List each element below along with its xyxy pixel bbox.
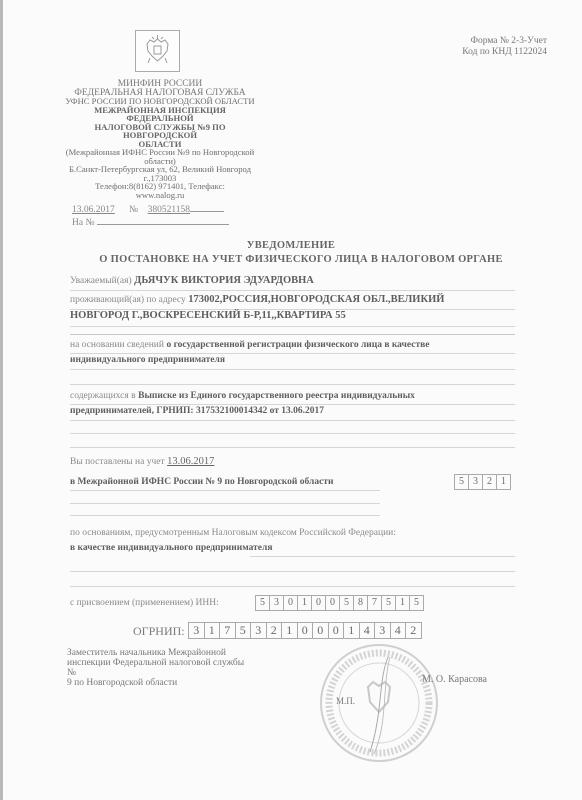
basis-value-1: о государственной регистрации физическог… (166, 340, 429, 350)
document-subtitle: О ПОСТАНОВКЕ НА УЧЕТ ФИЗИЧЕСКОГО ЛИЦА В … (0, 254, 582, 265)
tax-authority-line: в Межрайонной ИФНС России № 9 по Новгоро… (70, 476, 333, 487)
inn-label: с присвоением (применением) ИНН: (70, 598, 219, 608)
inn-digit-box: 0 (326, 596, 340, 610)
registration-date-line: Вы поставлены на учет 13.06.2017 (70, 456, 214, 467)
knd-code: Код по КНД 1122024 (462, 47, 547, 58)
basis-line-1: на основании сведений о государственной … (70, 339, 429, 350)
reply-to-blank (97, 224, 229, 225)
ogrnip-digit-box: 1 (282, 623, 298, 638)
address-value-1: 173002,РОССИЯ,НОВГОРОДСКАЯ ОБЛ.,ВЕЛИКИЙ (188, 294, 444, 305)
source-line-2: предпринимателей, ГРНИП: 317532100014342… (70, 405, 324, 416)
inn-line: с присвоением (применением) ИНН: (70, 597, 219, 608)
signer-position: Заместитель начальника Межрайонной инспе… (67, 648, 247, 688)
tax-authority: в Межрайонной ИФНС России № 9 по Новгоро… (70, 477, 333, 487)
inn-digit-box: 3 (270, 596, 284, 610)
code-digit-box: 2 (483, 475, 497, 489)
number-label: № (129, 205, 138, 215)
ogrnip-digit-box: 3 (375, 623, 391, 638)
grounds-label: по основаниям, предусмотренным Налоговым… (70, 527, 396, 538)
inn-digit-box: 8 (354, 596, 368, 610)
basis-line-2: индивидуального предпринимателя (70, 354, 225, 365)
issuing-authority: МИНФИН РОССИИ ФЕДЕРАЛЬНАЯ НАЛОГОВАЯ СЛУЖ… (60, 80, 260, 199)
inn-digit-box: 1 (298, 596, 312, 610)
inn-digit-box: 5 (256, 596, 270, 610)
ogrnip-label: ОГРНИП: (133, 624, 185, 639)
document-number: 380521158 (148, 205, 190, 215)
org-line: МЕЖРАЙОННАЯ ИНСПЕКЦИЯ ФЕДЕРАЛЬНОЙ (60, 106, 260, 123)
address-line-1: проживающий(ая) по адресу 173002,РОССИЯ,… (70, 294, 444, 305)
ogrnip-digit-box: 3 (251, 623, 267, 638)
inn-digit-box: 5 (382, 596, 396, 610)
document-date-number: 13.06.2017 № 380521158 (72, 205, 224, 215)
inn-digit-box: 5 (340, 596, 354, 610)
inn-digit-box: 7 (368, 596, 382, 610)
basis-label: на основании сведений (70, 340, 164, 350)
grounds-value-line: в качестве индивидуального предпринимате… (70, 542, 272, 553)
seal-label: М.П. (336, 696, 355, 706)
grounds-label-text: по основаниям, предусмотренным Налоговым… (70, 528, 396, 538)
address-value-2: НОВГОРОД Г.,ВОСКРЕСЕНСКИЙ Б-Р,11,,КВАРТИ… (70, 310, 346, 321)
reply-to-label: На № (72, 218, 95, 228)
ogrnip-digit-box: 0 (313, 623, 329, 638)
document-title: УВЕДОМЛЕНИЕ (0, 240, 582, 251)
ogrnip-digit-box: 1 (344, 623, 360, 638)
taxpayer-name: ДЬЯЧУК ВИКТОРИЯ ЭДУАРДОВНА (134, 275, 314, 286)
position-line: 9 по Новгородской области (67, 678, 247, 688)
org-line: www.nalog.ru (60, 191, 260, 200)
ogrnip-digit-box: 2 (406, 623, 421, 638)
source-value-1: Выписке из Единого государственного реес… (138, 391, 415, 401)
code-digit-box: 3 (469, 475, 483, 489)
inn-digit-box: 0 (284, 596, 298, 610)
basis-value-2: индивидуального предпринимателя (70, 355, 225, 365)
source-line-1: содержащихся в Выписке из Единого госуда… (70, 390, 415, 401)
tax-authority-code: 5321 (454, 474, 511, 490)
source-value-2: предпринимателей, ГРНИП: 317532100014342… (70, 406, 324, 416)
address-label: проживающий(ая) по адресу (70, 295, 186, 305)
grounds-value: в качестве индивидуального предпринимате… (70, 543, 272, 553)
code-digit-box: 1 (497, 475, 510, 489)
code-digit-box: 5 (455, 475, 469, 489)
document-date: 13.06.2017 (72, 205, 115, 215)
form-number: Форма № 2-3-Учет (462, 36, 547, 47)
ogrnip-digit-box: 5 (236, 623, 252, 638)
ogrnip-digit-box: 7 (220, 623, 236, 638)
ogrnip-digit-box: 2 (267, 623, 283, 638)
ogrnip-digit-box: 4 (391, 623, 407, 638)
inn-digit-box: 0 (312, 596, 326, 610)
ogrnip-digit-box: 0 (329, 623, 345, 638)
registration-date: 13.06.2017 (167, 456, 214, 467)
signer-name: М. О. Карасова (422, 674, 487, 685)
registered-label: Вы поставлены на учет (70, 457, 165, 467)
position-line: Заместитель начальника Межрайонной (67, 648, 247, 658)
position-line: инспекции Федеральной налоговой службы № (67, 658, 247, 678)
address-line-2: НОВГОРОД Г.,ВОСКРЕСЕНСКИЙ Б-Р,11,,КВАРТИ… (70, 310, 346, 321)
inn-digits: 530100587515 (255, 595, 424, 611)
org-line: НАЛОГОВОЙ СЛУЖБЫ №9 ПО НОВГОРОДСКОЙ (60, 123, 260, 140)
source-label: содержащихся в (70, 391, 136, 401)
reply-to-reference: На № (72, 218, 229, 228)
salutation: Уважаемый(ая) ДЬЯЧУК ВИКТОРИЯ ЭДУАРДОВНА (70, 275, 314, 286)
ogrnip-digit-box: 0 (298, 623, 314, 638)
form-identifier: Форма № 2-3-Учет Код по КНД 1122024 (462, 36, 547, 58)
document-page: Форма № 2-3-Учет Код по КНД 1122024 МИНФ… (0, 0, 582, 800)
ogrnip-digit-box: 4 (360, 623, 376, 638)
ogrnip-digit-box: 1 (205, 623, 221, 638)
ogrnip-digits: 317532100014342 (188, 622, 422, 639)
russian-coat-of-arms-icon (135, 30, 180, 72)
scan-edge (0, 0, 3, 800)
salutation-label: Уважаемый(ая) (70, 276, 132, 286)
inn-digit-box: 5 (410, 596, 423, 610)
inn-digit-box: 1 (396, 596, 410, 610)
ogrnip-digit-box: 3 (189, 623, 205, 638)
